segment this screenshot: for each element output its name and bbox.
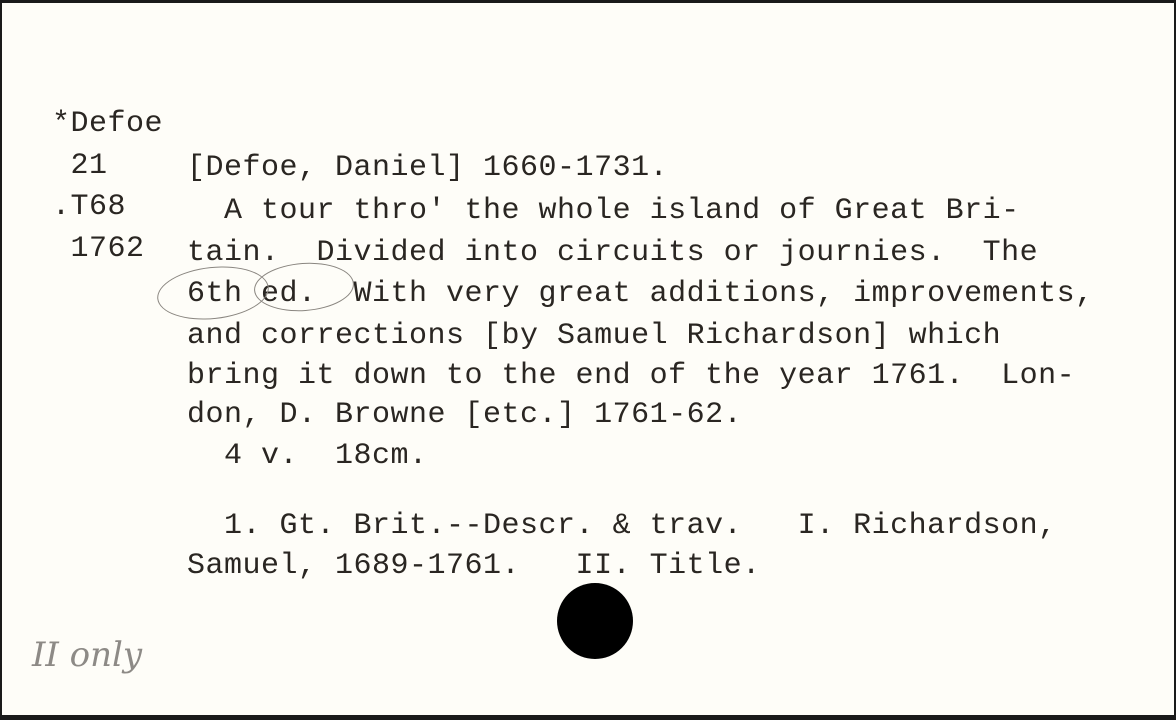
tracing-line-2: Samuel, 1689-1761. II. Title. — [187, 551, 761, 581]
title-line-5: bring it down to the end of the year 176… — [187, 361, 1075, 391]
tracing-line-1: 1. Gt. Brit.--Descr. & trav. I. Richards… — [187, 511, 1057, 541]
handwritten-note: II only — [32, 635, 142, 675]
call-number-line-2: 21 — [52, 151, 108, 181]
call-number-line-1: *Defoe — [52, 109, 163, 139]
title-line-1: A tour thro' the whole island of Great B… — [187, 196, 1020, 226]
catalog-card: *Defoe 21 .T68 1762 [Defoe, Daniel] 1660… — [2, 3, 1174, 715]
call-number-line-3: .T68 — [52, 192, 126, 222]
imprint-line: don, D. Browne [etc.] 1761-62. — [187, 400, 742, 430]
author-heading: [Defoe, Daniel] 1660-1731. — [187, 153, 668, 183]
collation-line: 4 v. 18cm. — [187, 441, 428, 471]
call-number-line-4: 1762 — [52, 234, 145, 264]
title-line-4: and corrections [by Samuel Richardson] w… — [187, 321, 1001, 351]
punch-hole — [557, 583, 633, 659]
